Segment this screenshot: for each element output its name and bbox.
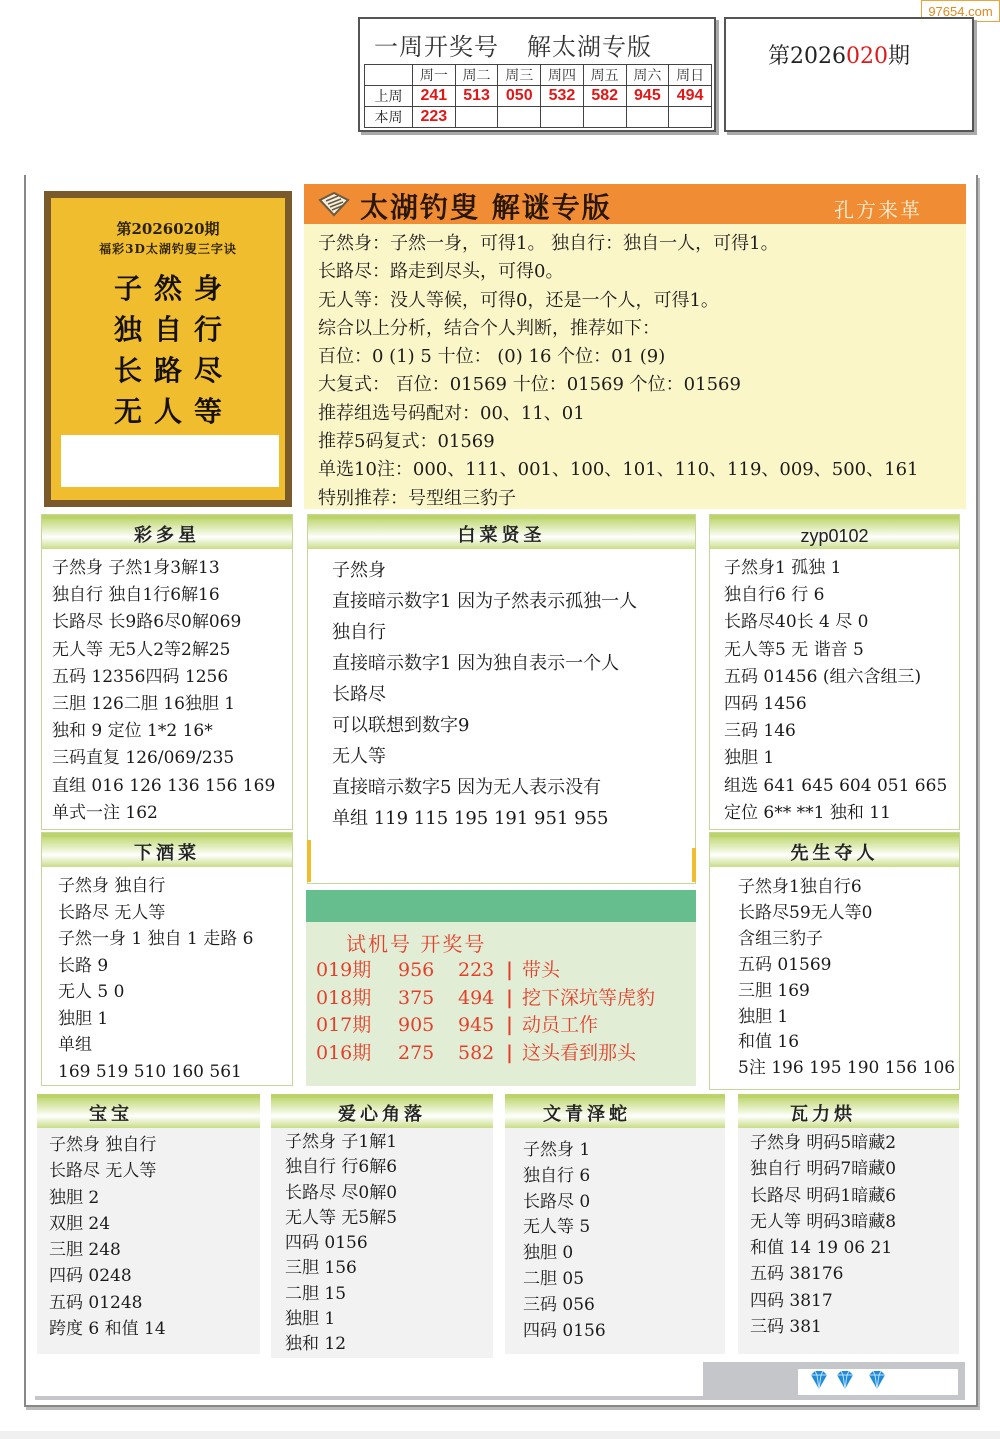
card-line: 三胆 169 — [738, 979, 959, 1005]
card-body: 子然身 1 独自行 6 长路尽 0 无人等 5 独胆 0 二胆 05 三码 05… — [505, 1128, 725, 1344]
card-line: 无人等5 无 谐音 5 — [724, 637, 959, 664]
card-title: 宝宝 — [37, 1094, 260, 1128]
trial-header: 试机号 开奖号 — [346, 928, 696, 957]
day-header: 周二 — [455, 65, 498, 86]
analysis-line: 特别推荐：号型组三豹子 — [318, 485, 966, 513]
day-header: 周一 — [413, 65, 456, 86]
card-line: 四码 0248 — [49, 1263, 260, 1289]
card-line: 子然一身 1 独自 1 走路 6 — [58, 926, 292, 953]
analysis-line: 推荐5码复式：01569 — [318, 428, 966, 456]
card-line: 5注 196 195 190 156 106 — [738, 1056, 959, 1082]
trial-clue: 这头看到那头 — [522, 1040, 636, 1068]
card-line: 独胆 2 — [49, 1185, 260, 1211]
draw-number: 223 — [458, 957, 506, 985]
weekly-title-right: 解太湖专版 — [527, 33, 652, 61]
card-line: 子然身 独自行 — [58, 873, 292, 900]
trial-number: 275 — [398, 1040, 458, 1068]
analysis-line: 推荐组选号码配对：00、11、01 — [318, 400, 966, 428]
card-line: 子然身 明码5暗藏2 — [750, 1130, 959, 1156]
trial-draw-panel: 试机号 开奖号 019期956223|带头 018期375494|挖下深坑等虎豹… — [306, 890, 696, 1086]
card-line: 三码 146 — [724, 718, 959, 745]
card-line: 含组三豹子 — [738, 927, 959, 953]
card-line: 五码 12356四码 1256 — [52, 664, 292, 691]
card-title: 下酒菜 — [42, 833, 292, 867]
card-line: 三胆 156 — [285, 1256, 493, 1281]
card-line: 三码直复 126/069/235 — [52, 745, 292, 772]
trial-clue: 带头 — [522, 957, 560, 985]
puzzle-header: 太湖钓叟 解谜专版 孔方来革 — [304, 184, 966, 224]
card-xiajiucai: 下酒菜 子然身 独自行 长路尽 无人等 子然一身 1 独自 1 走路 6 长路 … — [41, 832, 293, 1086]
separator: | — [506, 1040, 522, 1068]
card-walihong: 瓦力烘 子然身 明码5暗藏2 独自行 明码7暗藏0 长路尽 明码1暗藏6 无人等… — [738, 1094, 959, 1354]
table-row-last-week: 上周 241 513 050 532 582 945 494 — [365, 86, 712, 107]
card-line: 长路尽59无人等0 — [738, 901, 959, 927]
card-line: 长路尽 尽0解0 — [285, 1181, 493, 1206]
card-line: 四码 0156 — [285, 1231, 493, 1256]
analysis-line: 长路尽：路走到尽头，可得0。 — [318, 258, 966, 286]
card-title: 彩多星 — [42, 515, 292, 549]
rating-diamonds — [808, 1370, 888, 1390]
card-line: 单式一注 162 — [52, 800, 292, 827]
card-title: 白菜贤圣 — [308, 515, 695, 549]
card-line: 直组 016 126 136 156 169 — [52, 773, 292, 800]
plaque-inner: 第2026020期 福彩3D太湖钓叟三字诀 子然身 独自行 长路尽 无人等 — [51, 198, 285, 500]
draw-number: 050 — [498, 86, 541, 107]
card-line: 独胆 1 — [724, 745, 959, 772]
corner-cell — [365, 65, 413, 86]
card-line: 二胆 05 — [523, 1267, 725, 1293]
card-title: 瓦力烘 — [738, 1094, 959, 1128]
day-header: 周五 — [583, 65, 626, 86]
draw-number: 513 — [455, 86, 498, 107]
analysis-line: 无人等：没人等候，可得0，还是一个人，可得1。 — [318, 287, 966, 315]
card-line: 无人 5 0 — [58, 979, 292, 1006]
card-line: 五码 38176 — [750, 1261, 959, 1287]
card-line: 长路尽40长 4 尽 0 — [724, 609, 959, 636]
card-caiduoxing: 彩多星 子然身 子然1身3解13 独自行 独自1行6解16 长路尽 长9路6尽0… — [41, 514, 293, 830]
draw-number — [541, 107, 584, 128]
draw-number: 582 — [583, 86, 626, 107]
card-line: 直接暗示数字1 因为子然表示孤独一人 — [332, 586, 695, 617]
card-line: 二胆 15 — [285, 1282, 493, 1307]
card-line: 子然身 独自行 — [49, 1132, 260, 1158]
day-header: 周六 — [626, 65, 669, 86]
card-body: 子然身 子1解1 独自行 行6解6 长路尽 尽0解0 无人等 无5解5 四码 0… — [271, 1128, 493, 1358]
trial-row: 019期956223|带头 — [316, 957, 696, 985]
card-line: 五码 01569 — [738, 953, 959, 979]
page-bottom-strip — [0, 1431, 1000, 1439]
trial-row: 018期375494|挖下深坑等虎豹 — [316, 985, 696, 1013]
trial-number: 905 — [398, 1012, 458, 1040]
card-line: 169 519 510 160 561 — [58, 1059, 292, 1086]
trial-row: 016期275582|这头看到那头 — [316, 1040, 696, 1068]
separator: | — [506, 957, 522, 985]
row-label: 本周 — [365, 107, 413, 128]
issue-suffix: 期 — [888, 44, 910, 69]
card-line: 子然身1独自行6 — [738, 875, 959, 901]
card-line: 三码 381 — [750, 1314, 959, 1340]
card-line: 和值 14 19 06 21 — [750, 1235, 959, 1261]
card-line: 直接暗示数字1 因为独自表示一个人 — [332, 648, 695, 679]
card-baicai: 白菜贤圣 子然身 直接暗示数字1 因为子然表示孤独一人 独自行 直接暗示数字1 … — [307, 514, 696, 884]
card-line: 子然身1 孤独 1 — [724, 555, 959, 582]
card-line: 独自行 独自1行6解16 — [52, 582, 292, 609]
issue-number: 第2026020期 — [768, 39, 910, 70]
diamond-icon — [808, 1370, 830, 1390]
draw-number: 241 — [413, 86, 456, 107]
card-line: 双胆 24 — [49, 1211, 260, 1237]
weekly-results-panel: 一周开奖号解太湖专版 周一 周二 周三 周四 周五 周六 周日 上周 241 5… — [358, 17, 716, 132]
card-body: 子然身 明码5暗藏2 独自行 明码7暗藏0 长路尽 明码1暗藏6 无人等 明码3… — [738, 1128, 959, 1340]
gold-accent-bar — [692, 848, 696, 882]
draw-number: 494 — [458, 985, 506, 1013]
day-header: 周三 — [498, 65, 541, 86]
issue-highlight: 020 — [846, 44, 888, 69]
plaque-riddle-words: 子然身 独自行 长路尽 无人等 — [51, 268, 285, 432]
card-line: 单组 119 115 195 191 951 955 — [332, 803, 695, 834]
issue-prefix: 第2026 — [768, 44, 846, 69]
card-title: 文青泽蛇 — [505, 1094, 725, 1128]
card-line: 子然身 子然1身3解13 — [52, 555, 292, 582]
trial-issue: 018期 — [316, 985, 398, 1013]
card-line: 独和 9 定位 1*2 16* — [52, 718, 292, 745]
card-line: 独自行 行6解6 — [285, 1155, 493, 1180]
table-header-row: 周一 周二 周三 周四 周五 周六 周日 — [365, 65, 712, 86]
card-body: 子然身 直接暗示数字1 因为子然表示孤独一人 独自行 直接暗示数字1 因为独自表… — [308, 549, 695, 834]
riddle-word: 独自行 — [51, 309, 285, 350]
trial-clue: 挖下深坑等虎豹 — [522, 985, 655, 1013]
draw-number: 945 — [626, 86, 669, 107]
draw-number: 532 — [541, 86, 584, 107]
table-row-this-week: 本周 223 — [365, 107, 712, 128]
card-body: 子然身 独自行 长路尽 无人等 独胆 2 双胆 24 三胆 248 四码 024… — [37, 1128, 260, 1342]
card-line: 无人等 无5人2等2解25 — [52, 637, 292, 664]
card-xiansheng: 先生夺人 子然身1独自行6 长路尽59无人等0 含组三豹子 五码 01569 三… — [709, 832, 960, 1090]
card-line: 四码 1456 — [724, 691, 959, 718]
card-line: 四码 3817 — [750, 1288, 959, 1314]
card-line: 独胆 1 — [285, 1307, 493, 1332]
book-icon — [316, 190, 352, 218]
card-line: 无人等 无5解5 — [285, 1206, 493, 1231]
card-line: 独和 12 — [285, 1332, 493, 1357]
card-line: 可以联想到数字9 — [332, 710, 695, 741]
card-line: 三码 056 — [523, 1293, 725, 1319]
draw-number — [669, 107, 712, 128]
trial-issue: 019期 — [316, 957, 398, 985]
draw-number — [455, 107, 498, 128]
card-title: 先生夺人 — [710, 833, 959, 867]
card-line: 长路尽 无人等 — [58, 900, 292, 927]
diamond-icon — [866, 1370, 888, 1390]
puzzle-author: 孔方来革 — [834, 194, 922, 223]
weekly-results-table: 周一 周二 周三 周四 周五 周六 周日 上周 241 513 050 532 … — [364, 64, 712, 128]
separator: | — [506, 985, 522, 1013]
day-header: 周四 — [541, 65, 584, 86]
draw-number: 494 — [669, 86, 712, 107]
card-line: 子然身 子1解1 — [285, 1130, 493, 1155]
plaque-issue: 第2026020期 — [51, 218, 285, 239]
analysis-line: 百位：0 (1) 5 十位： (0) 16 个位：01 (9) — [318, 343, 966, 371]
riddle-word: 长路尽 — [51, 350, 285, 391]
card-line: 三胆 248 — [49, 1237, 260, 1263]
card-title: zyp0102 — [710, 515, 959, 549]
card-line: 直接暗示数字5 因为无人表示没有 — [332, 772, 695, 803]
plaque-subtitle: 福彩3D太湖钓叟三字诀 — [51, 240, 285, 257]
draw-number — [583, 107, 626, 128]
diamond-icon — [834, 1370, 856, 1390]
card-body: 子然身 独自行 长路尽 无人等 子然一身 1 独自 1 走路 6 长路 9 无人… — [42, 867, 292, 1085]
draw-number — [498, 107, 541, 128]
card-wenqing: 文青泽蛇 子然身 1 独自行 6 长路尽 0 无人等 5 独胆 0 二胆 05 … — [505, 1094, 725, 1354]
card-zyp0102: zyp0102 子然身1 孤独 1 独自行6 行 6 长路尽40长 4 尽 0 … — [709, 514, 960, 830]
card-line: 长路尽 无人等 — [49, 1158, 260, 1184]
card-body: 子然身 子然1身3解13 独自行 独自1行6解16 长路尽 长9路6尽0解069… — [42, 549, 292, 827]
card-line: 五码 01456 (组六含组三) — [724, 664, 959, 691]
card-line: 单组 — [58, 1032, 292, 1059]
trial-clue: 动员工作 — [522, 1012, 598, 1040]
card-line: 无人等 5 — [523, 1215, 725, 1241]
analysis-line: 子然身：子然一身，可得1。 独自行：独自一人，可得1。 — [318, 230, 966, 258]
card-line: 独胆 1 — [58, 1006, 292, 1033]
card-body: 子然身1 孤独 1 独自行6 行 6 长路尽40长 4 尽 0 无人等5 无 谐… — [710, 549, 959, 827]
trial-number: 375 — [398, 985, 458, 1013]
card-line: 五码 01248 — [49, 1290, 260, 1316]
card-line: 长路尽 明码1暗藏6 — [750, 1183, 959, 1209]
card-line: 无人等 — [332, 741, 695, 772]
analysis-line: 大复式： 百位：01569 十位：01569 个位：01569 — [318, 371, 966, 399]
draw-number: 223 — [413, 107, 456, 128]
card-line: 长路尽 — [332, 679, 695, 710]
row-label: 上周 — [365, 86, 413, 107]
card-line: 独自行 — [332, 617, 695, 648]
puzzle-analysis: 子然身：子然一身，可得1。 独自行：独自一人，可得1。 长路尽：路走到尽头，可得… — [304, 224, 966, 509]
trial-issue: 016期 — [316, 1040, 398, 1068]
riddle-word: 子然身 — [51, 268, 285, 309]
card-aixin: 爱心角落 子然身 子1解1 独自行 行6解6 长路尽 尽0解0 无人等 无5解5… — [271, 1094, 493, 1358]
card-line: 子然身 — [332, 555, 695, 586]
card-line: 子然身 1 — [523, 1138, 725, 1164]
issue-panel: 第2026020期 — [724, 17, 974, 132]
card-line: 和值 16 — [738, 1030, 959, 1056]
card-line: 长路尽 长9路6尽0解069 — [52, 609, 292, 636]
card-line: 独自行6 行 6 — [724, 582, 959, 609]
trial-issue: 017期 — [316, 1012, 398, 1040]
day-header: 周日 — [669, 65, 712, 86]
draw-number: 945 — [458, 1012, 506, 1040]
card-line: 独自行 6 — [523, 1164, 725, 1190]
card-line: 独胆 1 — [738, 1005, 959, 1031]
trial-number: 956 — [398, 957, 458, 985]
card-body: 子然身1独自行6 长路尽59无人等0 含组三豹子 五码 01569 三胆 169… — [710, 867, 959, 1082]
card-line: 无人等 明码3暗藏8 — [750, 1209, 959, 1235]
card-line: 四码 0156 — [523, 1319, 725, 1345]
card-line: 独自行 明码7暗藏0 — [750, 1156, 959, 1182]
riddle-word: 无人等 — [51, 391, 285, 432]
card-line: 跨度 6 和值 14 — [49, 1316, 260, 1342]
card-line: 定位 6** **1 独和 11 — [724, 800, 959, 827]
footer-divider — [35, 1396, 703, 1400]
card-line: 长路尽 0 — [523, 1190, 725, 1216]
separator: | — [506, 1012, 522, 1040]
card-line: 三胆 126二胆 16独胆 1 — [52, 691, 292, 718]
card-line: 独胆 0 — [523, 1241, 725, 1267]
puzzle-title: 太湖钓叟 解谜专版 — [360, 186, 612, 226]
gold-accent-bar — [307, 840, 311, 882]
analysis-line: 单选10注：000、111、001、100、101、110、119、009、50… — [318, 456, 966, 484]
card-line: 长路 9 — [58, 953, 292, 980]
card-title: 爱心角落 — [271, 1094, 493, 1128]
weekly-results-title: 一周开奖号解太湖专版 — [374, 27, 652, 62]
draw-number: 582 — [458, 1040, 506, 1068]
riddle-plaque: 第2026020期 福彩3D太湖钓叟三字诀 子然身 独自行 长路尽 无人等 — [44, 191, 292, 507]
card-baobao: 宝宝 子然身 独自行 长路尽 无人等 独胆 2 双胆 24 三胆 248 四码 … — [37, 1094, 260, 1354]
draw-number — [626, 107, 669, 128]
analysis-line: 综合以上分析，结合个人判断，推荐如下： — [318, 315, 966, 343]
plaque-blank-area — [61, 435, 279, 487]
trial-header-bar — [306, 890, 696, 922]
weekly-title-left: 一周开奖号 — [374, 33, 499, 61]
card-line: 组选 641 645 604 051 665 — [724, 773, 959, 800]
trial-row: 017期905945|动员工作 — [316, 1012, 696, 1040]
